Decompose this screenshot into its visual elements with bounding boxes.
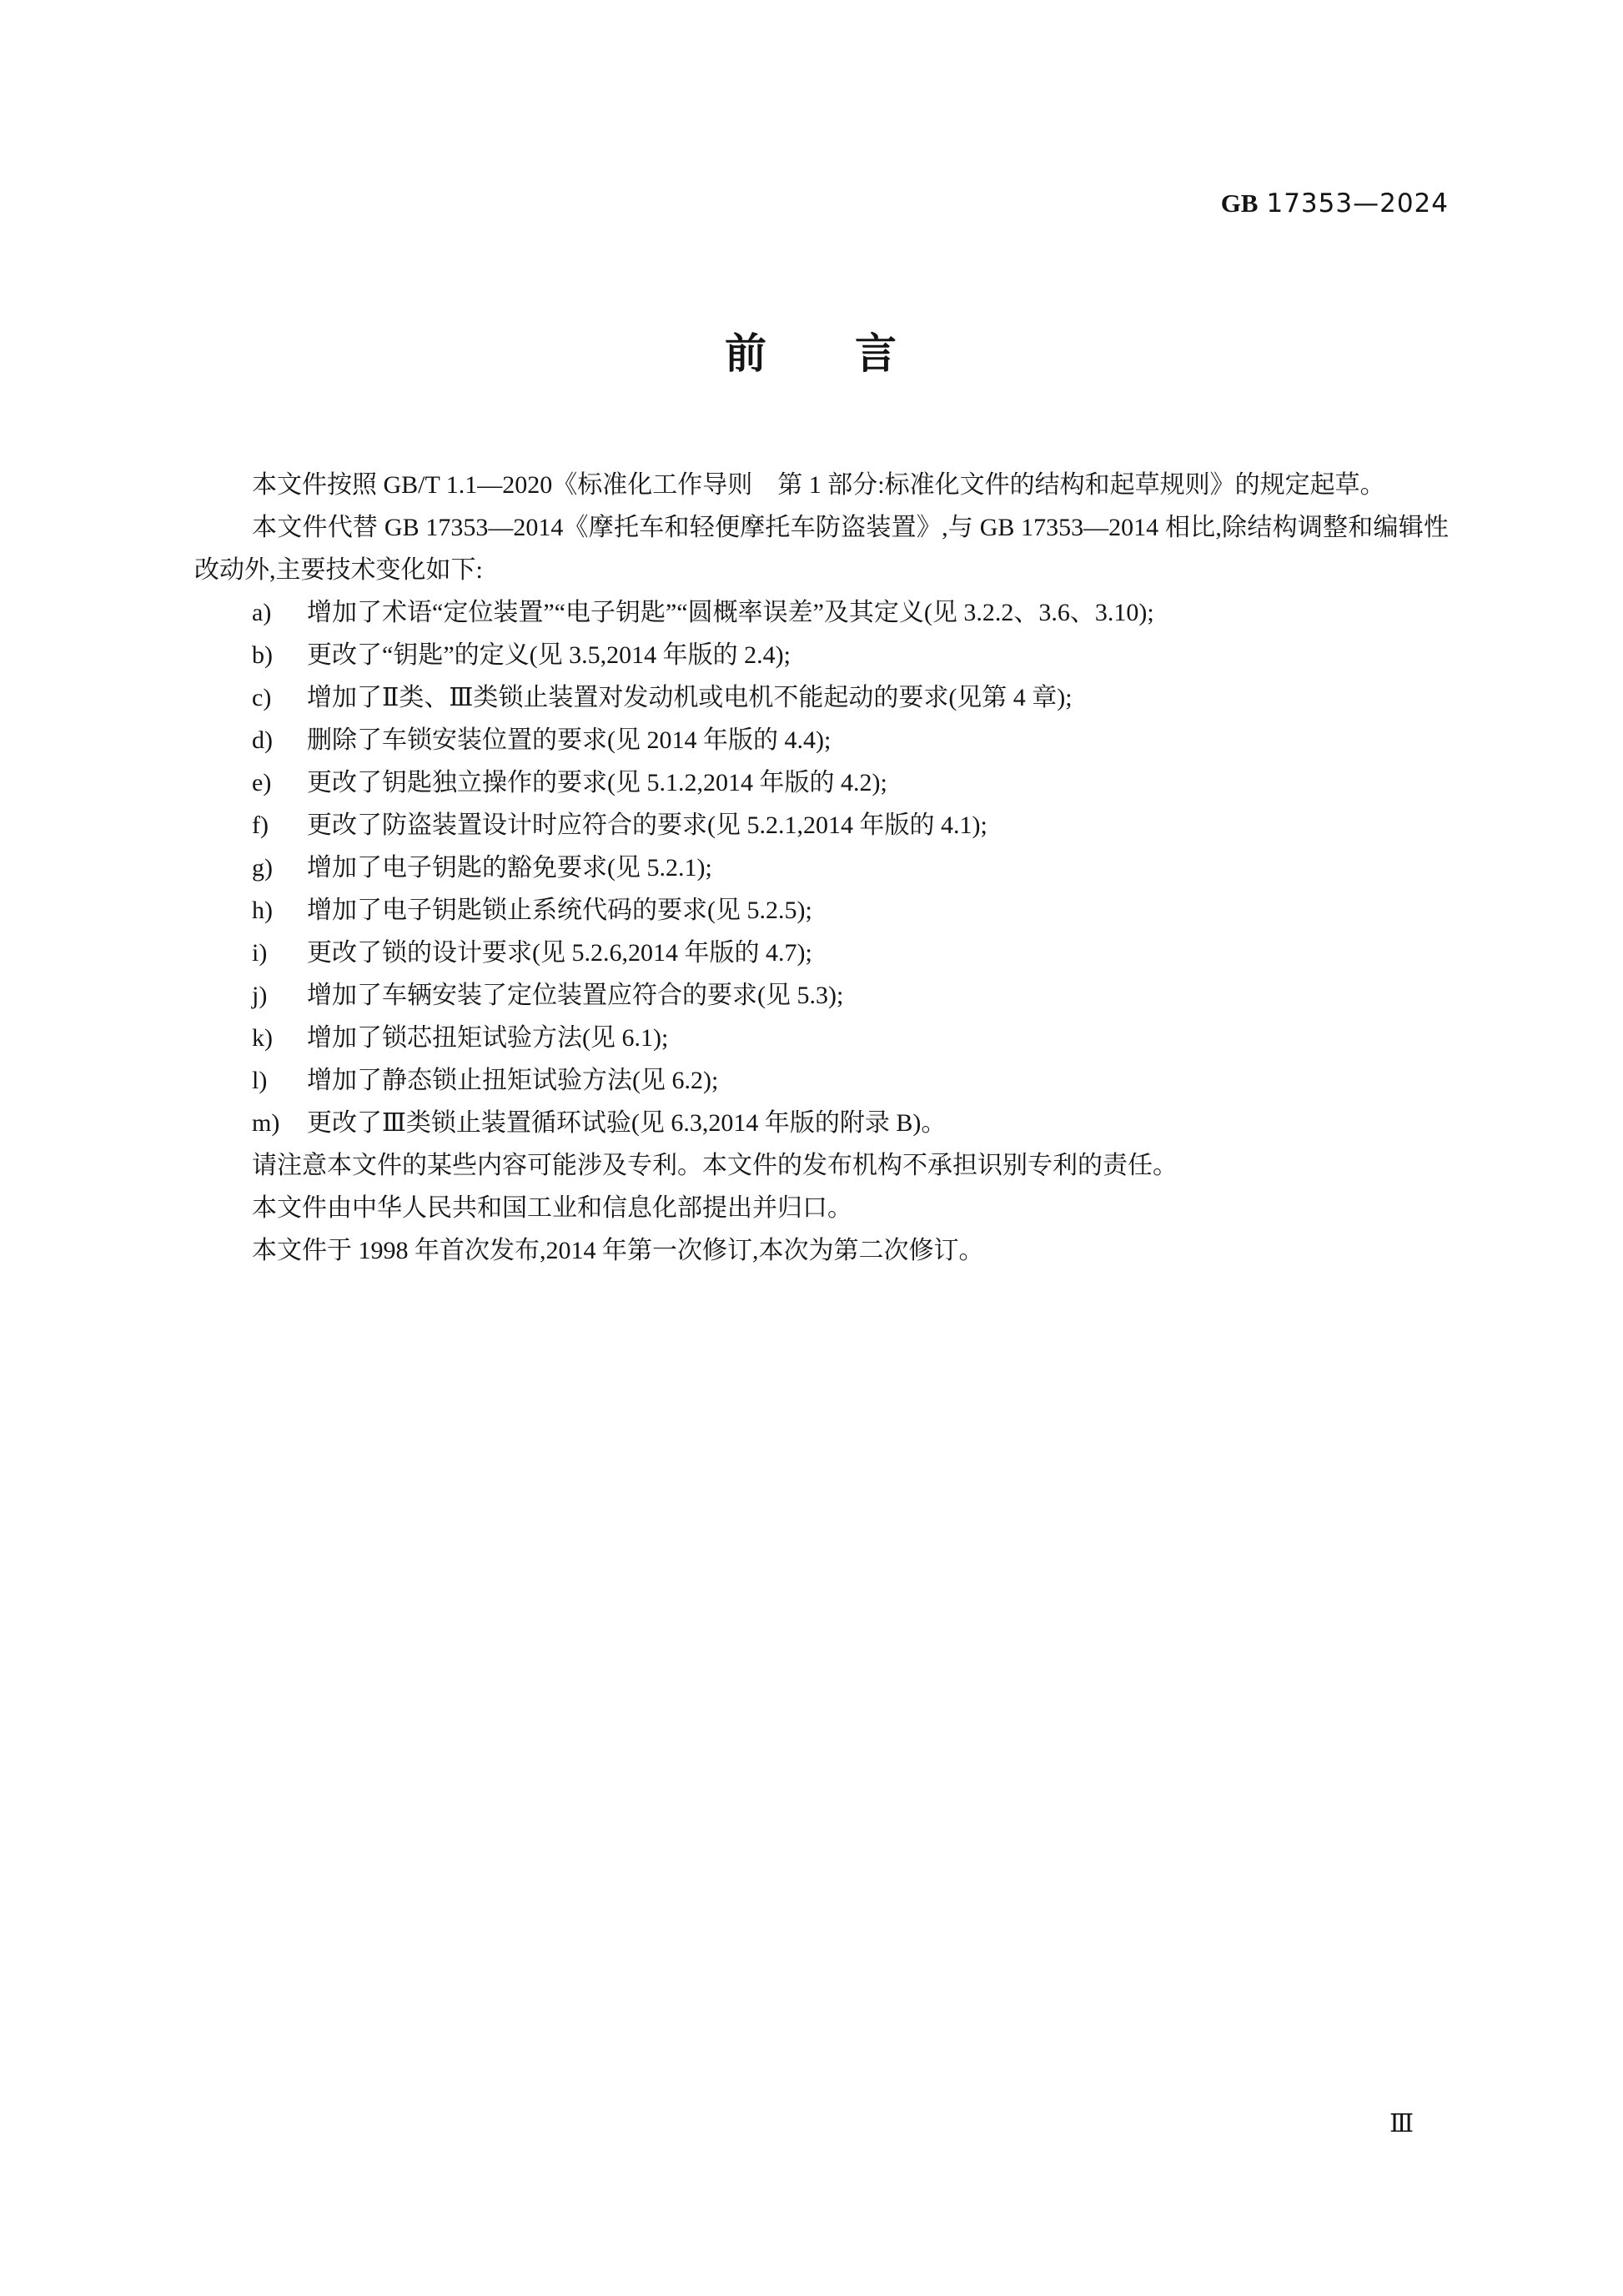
- change-item-a: a)增加了术语“定位装置”“电子钥匙”“圆概率误差”及其定义(见 3.2.2、3…: [194, 591, 1449, 634]
- doc-number-value: 17353—2024: [1266, 188, 1449, 219]
- change-item-text: 更改了钥匙独立操作的要求(见 5.1.2,2014 年版的 4.2);: [307, 769, 887, 796]
- change-item-e: e)更改了钥匙独立操作的要求(见 5.1.2,2014 年版的 4.2);: [194, 761, 1449, 804]
- intro-paragraph-1: 本文件按照 GB/T 1.1—2020《标准化工作导则 第 1 部分:标准化文件…: [194, 464, 1449, 506]
- document-body: 本文件按照 GB/T 1.1—2020《标准化工作导则 第 1 部分:标准化文件…: [194, 464, 1449, 1272]
- change-item-h: h)增加了电子钥匙锁止系统代码的要求(见 5.2.5);: [194, 889, 1449, 932]
- changes-list: a)增加了术语“定位装置”“电子钥匙”“圆概率误差”及其定义(见 3.2.2、3…: [194, 591, 1449, 1144]
- change-item-i: i)更改了锁的设计要求(见 5.2.6,2014 年版的 4.7);: [194, 932, 1449, 974]
- change-item-label: j): [252, 974, 307, 1017]
- doc-number: GB17353—2024: [194, 188, 1449, 219]
- change-item-text: 增加了术语“定位装置”“电子钥匙”“圆概率误差”及其定义(见 3.2.2、3.6…: [307, 599, 1154, 626]
- change-item-label: f): [252, 804, 307, 847]
- change-item-text: 增加了锁芯扭矩试验方法(见 6.1);: [307, 1024, 668, 1052]
- intro-paragraph-2: 本文件代替 GB 17353—2014《摩托车和轻便摩托车防盗装置》,与 GB …: [194, 506, 1449, 591]
- change-item-j: j)增加了车辆安装了定位装置应符合的要求(见 5.3);: [194, 974, 1449, 1017]
- change-item-d: d)删除了车锁安装位置的要求(见 2014 年版的 4.4);: [194, 719, 1449, 761]
- change-item-label: d): [252, 719, 307, 761]
- change-item-text: 增加了静态锁止扭矩试验方法(见 6.2);: [307, 1067, 718, 1094]
- change-item-text: 增加了Ⅱ类、Ⅲ类锁止装置对发动机或电机不能起动的要求(见第 4 章);: [307, 684, 1073, 711]
- page-number: Ⅲ: [194, 2110, 1414, 2138]
- change-item-label: k): [252, 1017, 307, 1059]
- change-item-c: c)增加了Ⅱ类、Ⅲ类锁止装置对发动机或电机不能起动的要求(见第 4 章);: [194, 676, 1449, 719]
- change-item-text: 更改了锁的设计要求(见 5.2.6,2014 年版的 4.7);: [307, 939, 812, 967]
- change-item-text: 增加了车辆安装了定位装置应符合的要求(见 5.3);: [307, 982, 843, 1009]
- patent-notice-paragraph: 请注意本文件的某些内容可能涉及专利。本文件的发布机构不承担识别专利的责任。: [194, 1144, 1449, 1187]
- change-item-label: h): [252, 889, 307, 932]
- revision-history-paragraph: 本文件于 1998 年首次发布,2014 年第一次修订,本次为第二次修订。: [194, 1229, 1449, 1272]
- change-item-text: 更改了“钥匙”的定义(见 3.5,2014 年版的 2.4);: [307, 641, 791, 669]
- change-item-text: 更改了Ⅲ类锁止装置循环试验(见 6.3,2014 年版的附录 B)。: [307, 1109, 946, 1137]
- change-item-label: e): [252, 761, 307, 804]
- doc-number-prefix: GB: [1221, 188, 1259, 218]
- change-item-label: g): [252, 847, 307, 889]
- change-item-label: i): [252, 932, 307, 974]
- change-item-k: k)增加了锁芯扭矩试验方法(见 6.1);: [194, 1017, 1449, 1059]
- change-item-text: 更改了防盗装置设计时应符合的要求(见 5.2.1,2014 年版的 4.1);: [307, 811, 987, 839]
- change-item-label: b): [252, 634, 307, 676]
- change-item-text: 删除了车锁安装位置的要求(见 2014 年版的 4.4);: [307, 726, 831, 754]
- page-title: 前 言: [0, 330, 1623, 377]
- change-item-label: a): [252, 591, 307, 634]
- change-item-text: 增加了电子钥匙锁止系统代码的要求(见 5.2.5);: [307, 897, 812, 924]
- change-item-label: l): [252, 1059, 307, 1102]
- change-item-f: f)更改了防盗装置设计时应符合的要求(见 5.2.1,2014 年版的 4.1)…: [194, 804, 1449, 847]
- change-item-label: c): [252, 676, 307, 719]
- change-item-text: 增加了电子钥匙的豁免要求(见 5.2.1);: [307, 854, 712, 882]
- change-item-m: m)更改了Ⅲ类锁止装置循环试验(见 6.3,2014 年版的附录 B)。: [194, 1102, 1449, 1144]
- change-item-b: b)更改了“钥匙”的定义(见 3.5,2014 年版的 2.4);: [194, 634, 1449, 676]
- change-item-g: g)增加了电子钥匙的豁免要求(见 5.2.1);: [194, 847, 1449, 889]
- change-item-label: m): [252, 1102, 307, 1144]
- change-item-l: l)增加了静态锁止扭矩试验方法(见 6.2);: [194, 1059, 1449, 1102]
- issuing-body-paragraph: 本文件由中华人民共和国工业和信息化部提出并归口。: [194, 1187, 1449, 1229]
- document-page: GB17353—2024 前 言 本文件按照 GB/T 1.1—2020《标准化…: [0, 0, 1623, 2296]
